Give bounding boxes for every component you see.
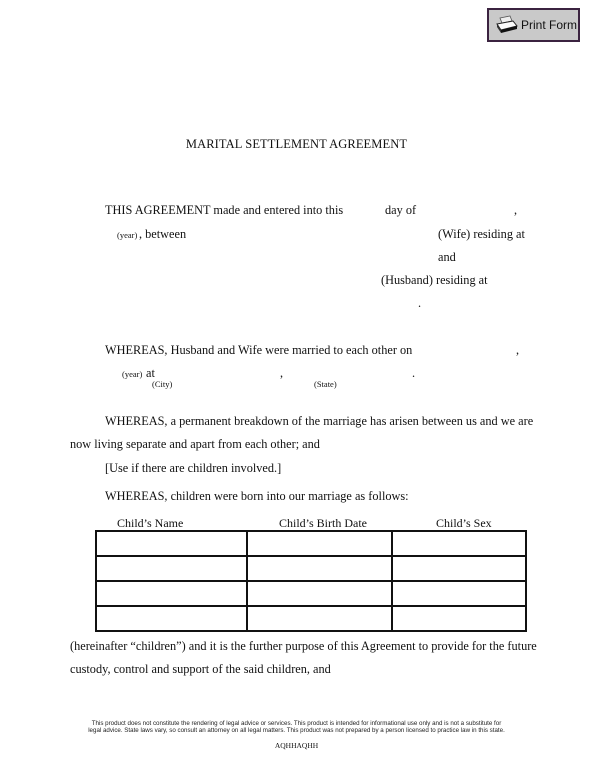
hereinafter-text-line2: custody, control and support of the said… [70, 662, 331, 677]
print-form-button[interactable]: Print Form [487, 8, 580, 42]
agreement-intro-text: THIS AGREEMENT made and entered into thi… [105, 203, 343, 218]
child-name-cell[interactable] [96, 606, 247, 631]
breakdown-text-line2: now living separate and apart from each … [70, 437, 320, 452]
child-sex-cell[interactable] [392, 556, 526, 581]
husband-name-field[interactable] [105, 273, 379, 289]
child-sex-cell[interactable] [392, 581, 526, 606]
period: . [412, 366, 415, 381]
table-row [96, 606, 526, 631]
wife-address-field[interactable] [105, 250, 439, 266]
document-title: MARITAL SETTLEMENT AGREEMENT [0, 137, 593, 152]
comma: , [514, 203, 517, 218]
child-birth-date-cell[interactable] [247, 556, 392, 581]
month-field[interactable] [420, 203, 514, 219]
city-field[interactable] [160, 366, 279, 382]
disclaimer-line-2: legal advice. State laws vary, so consul… [0, 727, 593, 734]
day-of-text: day of [385, 203, 416, 218]
child-name-cell[interactable] [96, 531, 247, 556]
legal-disclaimer: This product does not constitute the ren… [0, 720, 593, 735]
breakdown-text-line1: WHEREAS, a permanent breakdown of the ma… [105, 414, 533, 429]
period: . [418, 296, 421, 311]
children-note: [Use if there are children involved.] [105, 461, 281, 476]
comma: , [516, 343, 519, 358]
print-form-label: Print Form [521, 18, 577, 32]
state-label: (State) [314, 379, 337, 389]
married-text: WHEREAS, Husband and Wife were married t… [105, 343, 412, 358]
wife-name-field[interactable] [185, 227, 434, 243]
child-birth-date-cell[interactable] [247, 581, 392, 606]
day-field[interactable] [334, 203, 383, 219]
disclaimer-line-1: This product does not constitute the ren… [0, 720, 593, 727]
husband-label: (Husband) residing at [381, 273, 488, 288]
children-born-text: WHEREAS, children were born into our mar… [105, 489, 409, 504]
printer-icon [495, 15, 519, 35]
child-name-cell[interactable] [96, 581, 247, 606]
state-field[interactable] [290, 366, 409, 382]
child-name-cell[interactable] [96, 556, 247, 581]
column-header-birth-date: Child’s Birth Date [279, 516, 367, 531]
child-sex-cell[interactable] [392, 531, 526, 556]
year-label: (year) [117, 230, 137, 240]
table-row [96, 531, 526, 556]
year-label: (year) [122, 369, 142, 379]
table-row [96, 556, 526, 581]
child-birth-date-cell[interactable] [247, 531, 392, 556]
hereinafter-text-line1: (hereinafter “children”) and it is the f… [70, 639, 537, 654]
form-code: AQHHAQHH [0, 741, 593, 750]
marriage-date-field[interactable] [402, 343, 516, 359]
column-header-name: Child’s Name [117, 516, 183, 531]
between-text: , between [139, 227, 186, 242]
city-label: (City) [152, 379, 172, 389]
table-row [96, 581, 526, 606]
child-birth-date-cell[interactable] [247, 606, 392, 631]
and-text: and [438, 250, 456, 265]
wife-label: (Wife) residing at [438, 227, 525, 242]
husband-address-field[interactable] [105, 296, 419, 312]
child-sex-cell[interactable] [392, 606, 526, 631]
column-header-sex: Child’s Sex [436, 516, 492, 531]
comma: , [280, 366, 283, 381]
children-table [95, 530, 527, 632]
